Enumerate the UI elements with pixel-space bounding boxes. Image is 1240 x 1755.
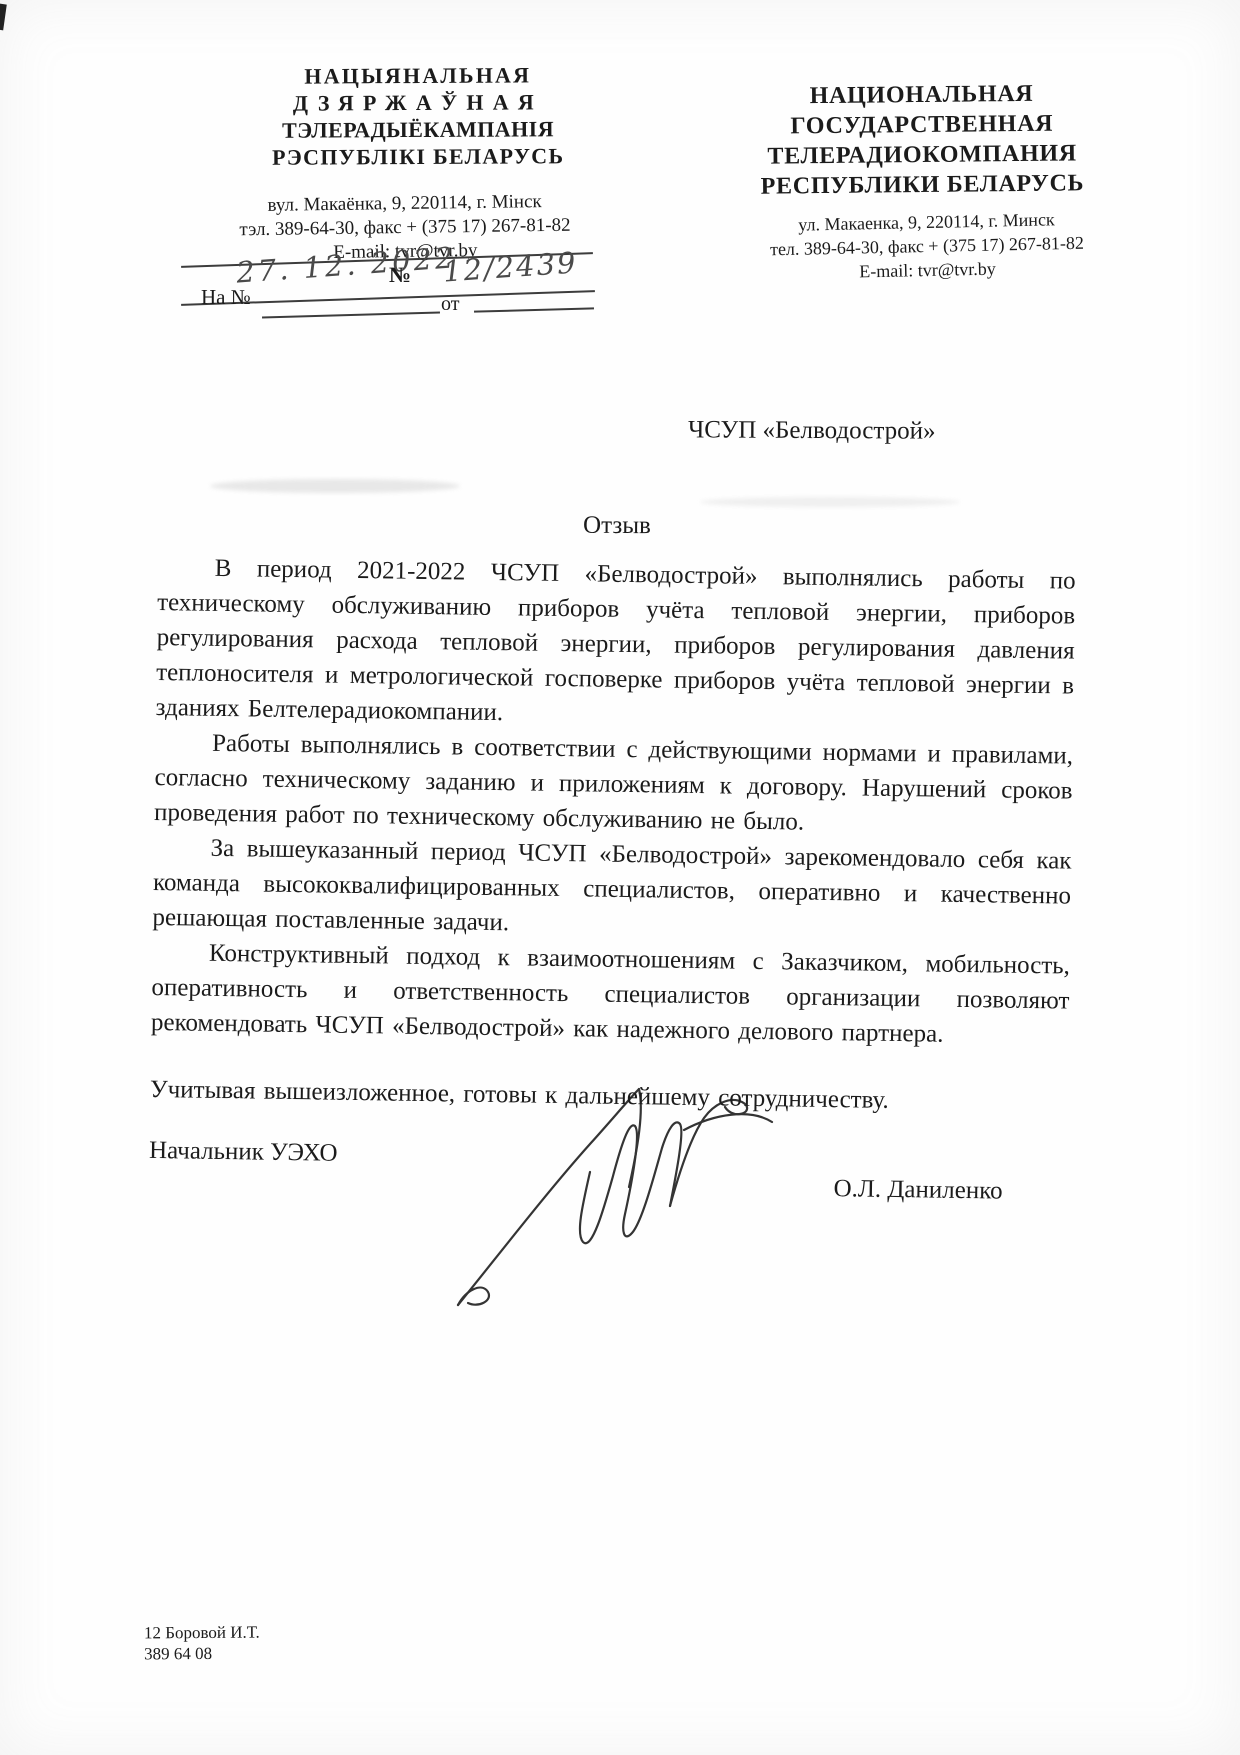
form-rule [474, 307, 594, 312]
letterhead-right-line: РЕСПУБЛИКИ БЕЛАРУСЬ [742, 168, 1102, 202]
signature-row: Начальник УЭХО О.Л. Даниленко [148, 1133, 1067, 1210]
signer-position: Начальник УЭХО [149, 1133, 338, 1171]
paragraph: В период 2021-2022 ЧСУП «Белводострой» в… [155, 550, 1075, 739]
letterhead-left-line: РЭСПУБЛІКІ БЕЛАРУСЬ [248, 142, 588, 171]
closing-paragraph: Учитывая вышеизложенное, готовы к дальне… [150, 1072, 1068, 1121]
paragraph: Конструктивный подход к взаимоотношениям… [151, 935, 1070, 1054]
executor-name: 12 Боровой И.Т. [144, 1622, 260, 1644]
address-right: ул. Макаенка, 9, 220114, г. Минск тел. 3… [731, 206, 1122, 286]
letterhead-left-line: ДЗЯРЖАЎНАЯ [248, 88, 588, 117]
reply-from-label: от [441, 293, 459, 316]
letterhead-left-title: НАЦЫЯНАЛЬНАЯ ДЗЯРЖАЎНАЯ ТЭЛЕРАДЫЁКАМПАНІ… [248, 61, 589, 171]
scan-artifact [0, 4, 7, 31]
letterhead-right-line: НАЦИОНАЛЬНАЯ [741, 78, 1101, 112]
letterhead-left-line: НАЦЫЯНАЛЬНАЯ [248, 61, 588, 90]
scan-artifact [210, 479, 460, 493]
scan-artifact [700, 497, 960, 507]
number-sign-label: № [389, 262, 411, 288]
paragraph: Работы выполнялись в соответствии с дейс… [154, 725, 1073, 844]
scanned-letter-page: НАЦЫЯНАЛЬНАЯ ДЗЯРЖАЎНАЯ ТЭЛЕРАДЫЁКАМПАНІ… [0, 0, 1240, 1755]
document-title: Отзыв [158, 509, 1076, 543]
form-rule [262, 312, 440, 319]
reply-to-number-label: На № [201, 285, 251, 310]
letterhead-right-line: ГОСУДАРСТВЕННАЯ [742, 108, 1102, 142]
letterhead-right-line: ТЕЛЕРАДИОКОМПАНИЯ [742, 138, 1102, 172]
recipient: ЧСУП «Белводострой» [688, 416, 936, 445]
letter-body: В период 2021-2022 ЧСУП «Белводострой» в… [148, 550, 1075, 1210]
paragraph: За вышеуказанный период ЧСУП «Белводостр… [152, 830, 1071, 949]
letterhead-right-title: НАЦИОНАЛЬНАЯ ГОСУДАРСТВЕННАЯ ТЕЛЕРАДИОКО… [741, 78, 1102, 202]
executor-footer: 12 Боровой И.Т. 389 64 08 [144, 1622, 260, 1665]
signer-name: О.Л. Даниленко [833, 1171, 1066, 1209]
executor-phone: 389 64 08 [144, 1643, 260, 1665]
letterhead-left-line: ТЭЛЕРАДЫЁКАМПАНІЯ [248, 115, 588, 144]
